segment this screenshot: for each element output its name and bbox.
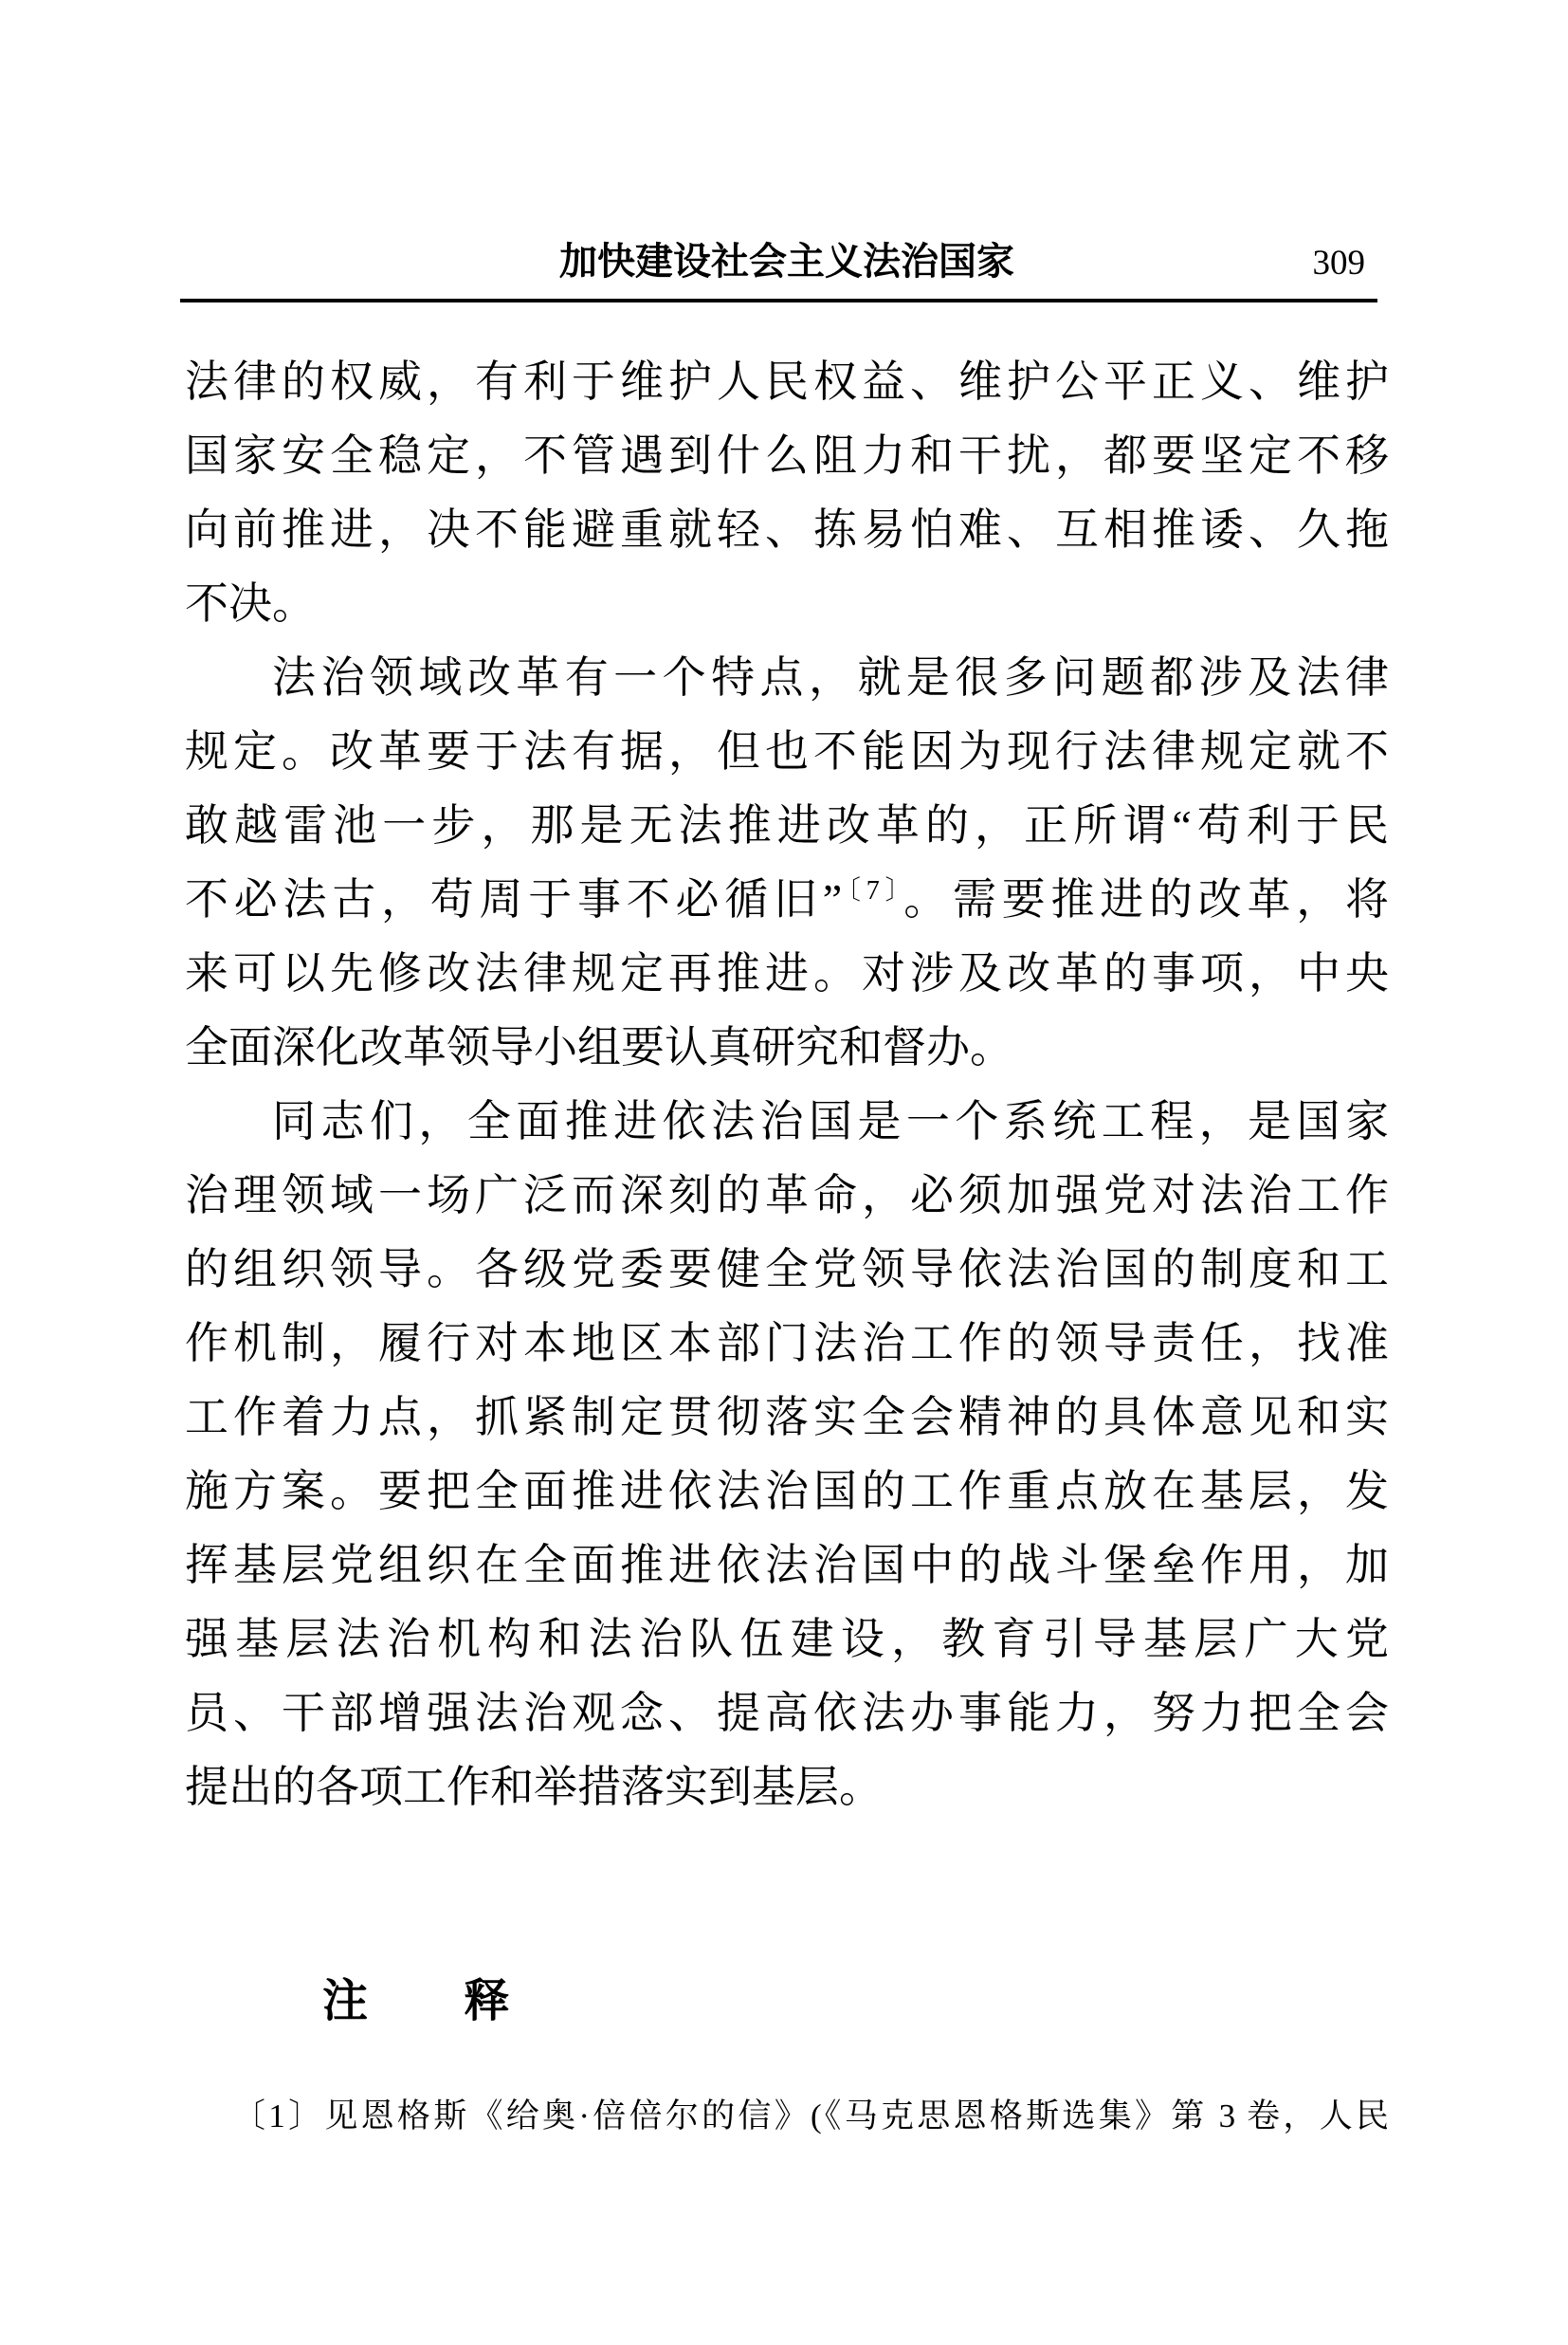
footnote-line: 〔1〕见恩格斯《给奥·倍倍尔的信》(《马克思恩格斯选集》第 3 卷，人民 xyxy=(185,2094,1389,2139)
body-line: 规定。改革要于法有据，但也不能因为现行法律规定就不 xyxy=(185,715,1389,789)
body-line: 全面深化改革领导小组要认真研究和督办。 xyxy=(185,1011,1389,1085)
notes-heading: 注 释 xyxy=(322,1975,509,2028)
body-line: 员、干部增强法治观念、提高依法办事能力，努力把全会 xyxy=(185,1676,1389,1750)
book-page: 加快建设社会主义法治国家 309 法律的权威，有利于维护人民权益、维护公平正义、… xyxy=(0,0,1568,2345)
body-line: 强基层法治机构和法治队伍建设，教育引导基层广大党 xyxy=(185,1603,1389,1676)
running-header: 加快建设社会主义法治国家 xyxy=(185,239,1389,284)
body-line: 敢越雷池一步，那是无法推进改革的，正所谓“苟利于民 xyxy=(185,789,1389,863)
footnotes: 〔1〕见恩格斯《给奥·倍倍尔的信》(《马克思恩格斯选集》第 3 卷，人民 xyxy=(185,2094,1389,2139)
body-line: 来可以先修改法律规定再推进。对涉及改革的事项，中央 xyxy=(185,937,1389,1011)
body-line: 向前推进，决不能避重就轻、拣易怕难、互相推诿、久拖 xyxy=(185,493,1389,567)
page-number: 309 xyxy=(1313,243,1366,284)
body-text: 法律的权威，有利于维护人民权益、维护公平正义、维护国家安全稳定，不管遇到什么阻力… xyxy=(185,345,1389,1824)
text-block: 加快建设社会主义法治国家 309 法律的权威，有利于维护人民权益、维护公平正义、… xyxy=(185,0,1389,2345)
body-line: 的组织领导。各级党委要健全党领导依法治国的制度和工 xyxy=(185,1233,1389,1307)
body-line: 不决。 xyxy=(185,567,1389,641)
body-line: 提出的各项工作和举措落实到基层。 xyxy=(185,1750,1389,1824)
header-rule xyxy=(180,299,1377,302)
body-line: 不必法古，苟周于事不必循旧”〔7〕。需要推进的改革，将 xyxy=(185,863,1389,937)
body-line: 工作着力点，抓紧制定贯彻落实全会精神的具体意见和实 xyxy=(185,1381,1389,1455)
body-line: 同志们，全面推进依法治国是一个系统工程，是国家 xyxy=(185,1085,1389,1159)
body-line: 治理领域一场广泛而深刻的革命，必须加强党对法治工作 xyxy=(185,1159,1389,1233)
footnote-ref: 〔7〕 xyxy=(842,876,903,906)
body-line: 施方案。要把全面推进依法治国的工作重点放在基层，发 xyxy=(185,1455,1389,1529)
body-line: 挥基层党组织在全面推进依法治国中的战斗堡垒作用，加 xyxy=(185,1529,1389,1603)
running-header-title: 加快建设社会主义法治国家 xyxy=(559,240,1014,283)
body-line: 作机制，履行对本地区本部门法治工作的领导责任，找准 xyxy=(185,1307,1389,1381)
body-line: 国家安全稳定，不管遇到什么阻力和干扰，都要坚定不移 xyxy=(185,419,1389,493)
body-line: 法治领域改革有一个特点，就是很多问题都涉及法律 xyxy=(185,641,1389,715)
body-line: 法律的权威，有利于维护人民权益、维护公平正义、维护 xyxy=(185,345,1389,419)
